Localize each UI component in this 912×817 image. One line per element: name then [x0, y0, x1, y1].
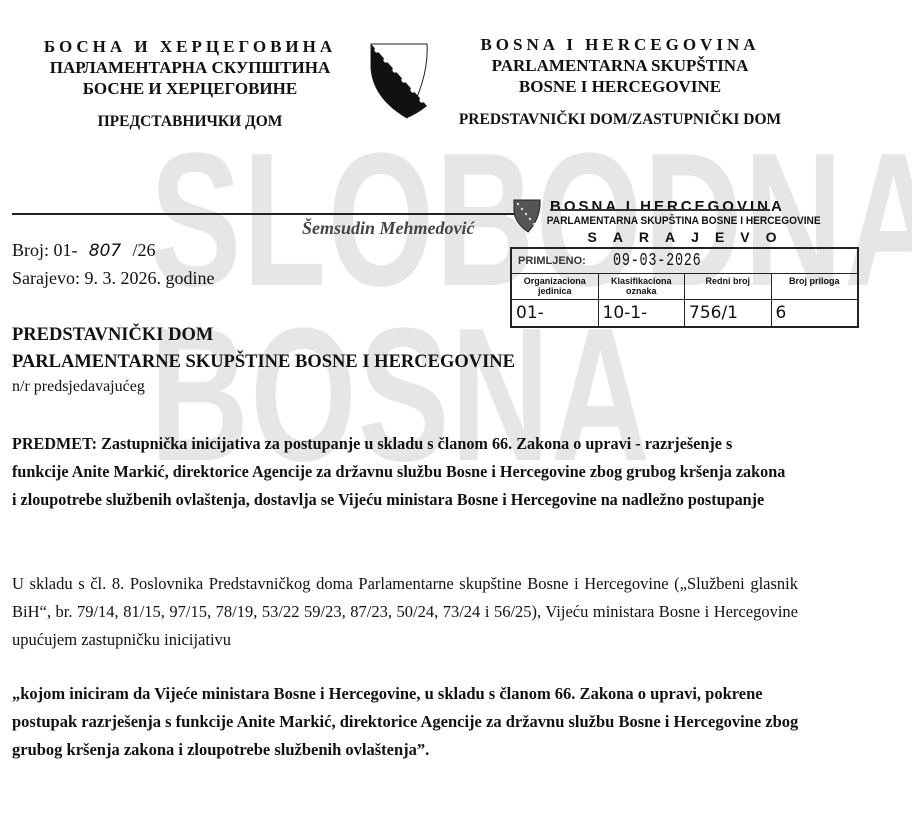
- header-parliament: ПАРЛАМЕНТАРНА СКУПШТИНА: [20, 57, 360, 78]
- stamp-line2: PARLAMENTARNA SKUPŠTINA BOSNE I HERCEGOV…: [510, 215, 832, 227]
- column-value: 01-: [512, 300, 598, 326]
- header-latin: BOSNA I HERCEGOVINA PARLAMENTARNA SKUPŠT…: [440, 34, 800, 129]
- received-date: 09-03-2026: [613, 251, 702, 271]
- header-of-bih-latin: BOSNE I HERCEGOVINE: [440, 76, 800, 97]
- reference-suffix: /26: [133, 240, 156, 260]
- header-house: ПРЕДСТАВНИЧКИ ДОМ: [20, 113, 360, 131]
- body-paragraph: U skladu s čl. 8. Poslovnika Predstavnič…: [12, 570, 798, 654]
- column-value: 756/1: [685, 300, 771, 326]
- header-country-latin: BOSNA I HERCEGOVINA: [440, 34, 800, 55]
- header-country: БОСНА И ХЕРЦЕГОВИНА: [20, 36, 360, 57]
- column-value: 6: [772, 300, 858, 326]
- subject-label: PREDMET:: [12, 434, 97, 453]
- column-header: Redni broj: [685, 274, 771, 300]
- column-header: Broj priloga: [772, 274, 858, 300]
- header-divider: [12, 213, 532, 215]
- reference-number: Broj: 01- 807 /26: [12, 240, 156, 261]
- header-of-bih: БОСНЕ И ХЕРЦЕГОВИНЕ: [20, 78, 360, 99]
- reference-prefix: Broj: 01-: [12, 240, 78, 260]
- stamp-received-row: PRIMLJENO: 09-03-2026: [512, 249, 857, 274]
- column-value: 10-1-: [599, 300, 685, 326]
- stamp-column: Redni broj 756/1: [685, 274, 772, 326]
- addressee-line3: n/r predsjedavajućeg: [12, 376, 515, 398]
- reference-handwritten-number: 807: [82, 241, 128, 261]
- initiative-quote: „kojom iniciram da Vijeće ministara Bosn…: [12, 680, 802, 764]
- coat-of-arms-icon: [367, 38, 437, 123]
- column-header: Klasifikaciona oznaka: [599, 274, 685, 300]
- stamp-column: Organizaciona jedinica 01-: [512, 274, 599, 326]
- received-stamp: BOSNA I HERCEGOVINA PARLAMENTARNA SKUPŠT…: [510, 198, 860, 328]
- header-cyrillic: БОСНА И ХЕРЦЕГОВИНА ПАРЛАМЕНТАРНА СКУПШТ…: [20, 36, 360, 131]
- stamp-table: PRIMLJENO: 09-03-2026 Organizaciona jedi…: [510, 247, 859, 328]
- header-parliament-latin: PARLAMENTARNA SKUPŠTINA: [440, 55, 800, 76]
- stamp-city: SARAJEVO: [510, 229, 860, 245]
- stamp-column: Klasifikaciona oznaka 10-1-: [599, 274, 686, 326]
- stamp-line1: BOSNA I HERCEGOVINA: [510, 198, 860, 215]
- addressee-line1: PREDSTAVNIČKI DOM: [12, 322, 515, 349]
- header-house-latin: PREDSTAVNIČKI DOM/ZASTUPNIČKI DOM: [440, 111, 800, 129]
- column-header: Organizaciona jedinica: [512, 274, 598, 300]
- document-date: Sarajevo: 9. 3. 2026. godine: [12, 268, 214, 289]
- addressee: PREDSTAVNIČKI DOM PARLAMENTARNE SKUPŠTIN…: [12, 322, 515, 398]
- subject: PREDMET: Zastupnička inicijativa za post…: [12, 430, 786, 514]
- sender-name: Šemsudin Mehmedović: [302, 218, 475, 239]
- subject-text: Zastupnička inicijativa za postupanje u …: [12, 434, 785, 509]
- stamp-column: Broj priloga 6: [772, 274, 858, 326]
- addressee-line2: PARLAMENTARNE SKUPŠTINE BOSNE I HERCEGOV…: [12, 349, 515, 376]
- received-label: PRIMLJENO:: [512, 255, 613, 267]
